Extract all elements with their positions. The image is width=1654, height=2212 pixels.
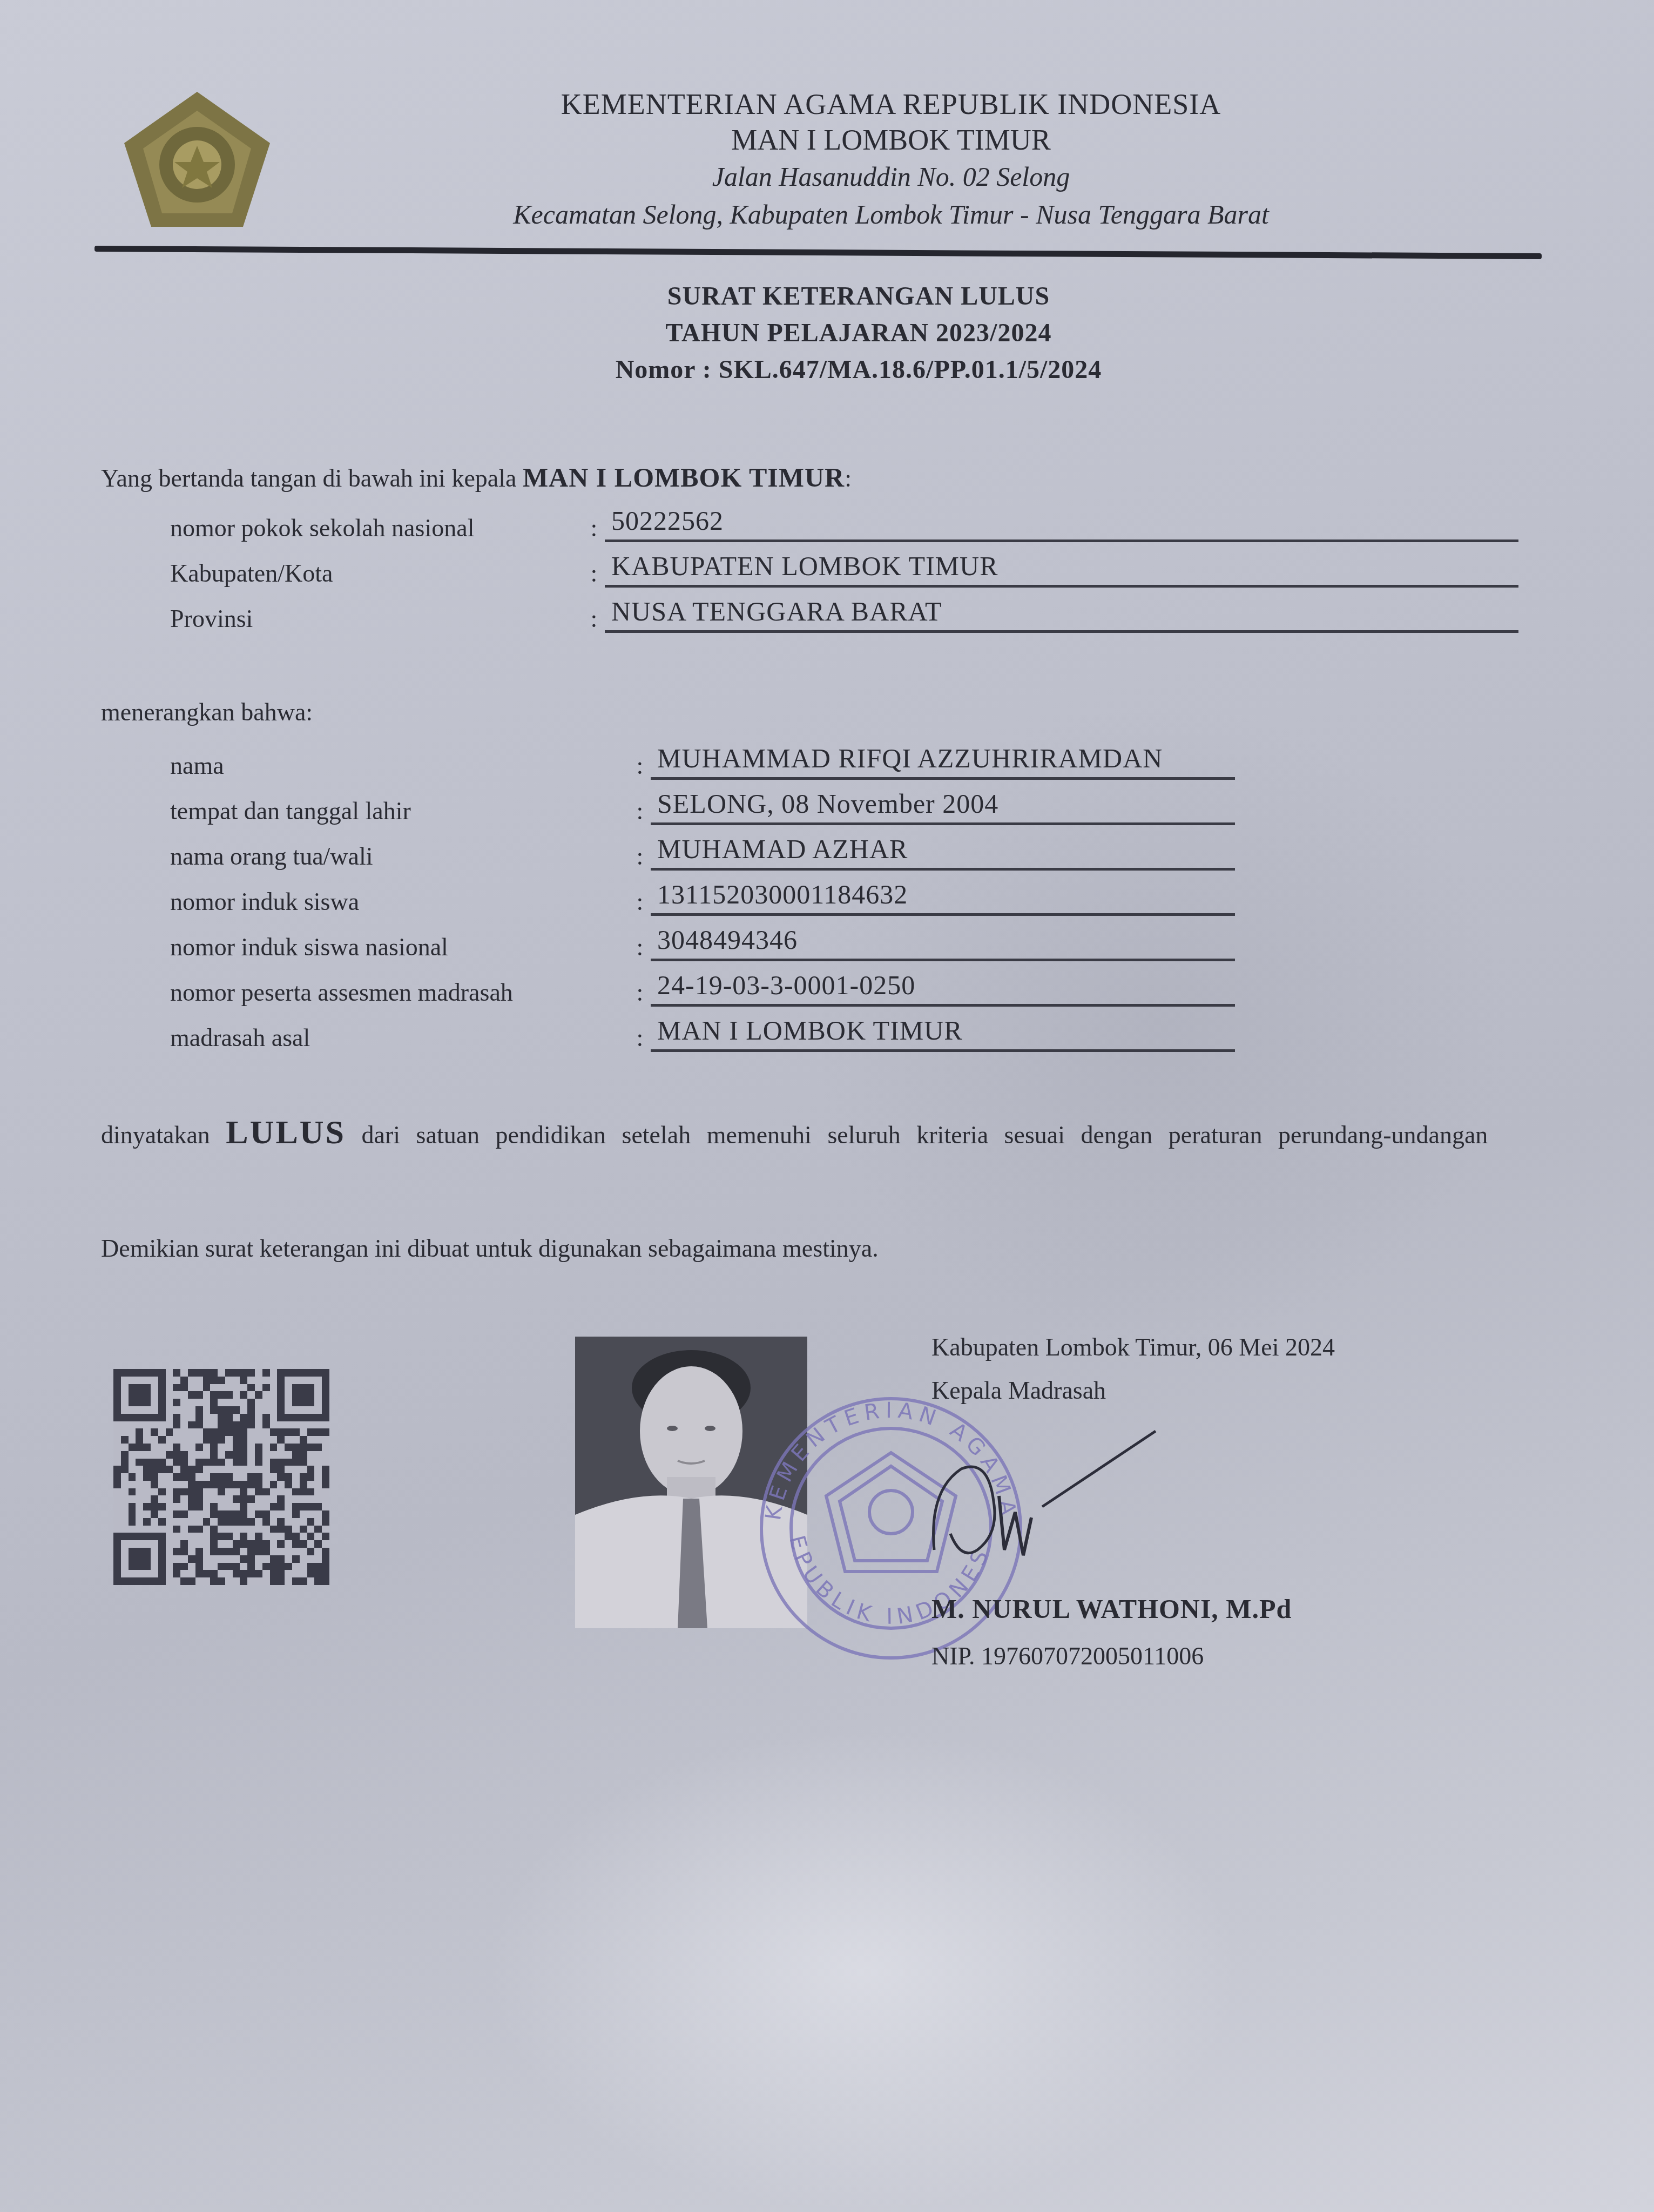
colon: : <box>629 978 651 1007</box>
signature-icon <box>918 1426 1199 1588</box>
student-info-label: nomor induk siswa <box>170 887 629 916</box>
colon: : <box>629 797 651 825</box>
student-info-value: MAN I LOMBOK TIMUR <box>651 1015 1235 1052</box>
school-info-label: Kabupaten/Kota <box>170 559 583 588</box>
statement-prefix: dinyatakan <box>101 1121 210 1149</box>
letterhead-divider <box>94 246 1542 259</box>
student-info-label: madrasah asal <box>170 1023 629 1052</box>
graduation-statement: dinyatakan LULUS dari satuan pendidikan … <box>101 1112 1532 1155</box>
student-info-row: tempat dan tanggal lahir:SELONG, 08 Nove… <box>170 788 1235 825</box>
address-line-2: Kecamatan Selong, Kabupaten Lombok Timur… <box>378 195 1404 233</box>
student-info-row: nama:MUHAMMAD RIFQI AZZUHRIRAMDAN <box>170 743 1235 780</box>
school-info-label: Provinsi <box>170 604 583 633</box>
menerangkan-label: menerangkan bahwa: <box>101 698 313 726</box>
title-line-1: SURAT KETERANGAN LULUS <box>486 278 1231 315</box>
ministry-name: KEMENTERIAN AGAMA REPUBLIK INDONESIA <box>378 86 1404 122</box>
signer-position: Kepala Madrasah <box>931 1369 1335 1412</box>
student-info-label: tempat dan tanggal lahir <box>170 797 629 825</box>
student-info-label: nama orang tua/wali <box>170 842 629 871</box>
colon: : <box>629 751 651 780</box>
intro-text: Yang bertanda tangan di bawah ini kepala <box>101 464 516 492</box>
colon: : <box>583 559 605 588</box>
colon: : <box>629 887 651 916</box>
closing-text: Demikian surat keterangan ini dibuat unt… <box>101 1234 879 1263</box>
colon: : <box>583 604 605 633</box>
intro-colon: : <box>845 464 852 492</box>
lighting-glare <box>486 1728 1242 2212</box>
qr-code-icon[interactable] <box>108 1369 335 1585</box>
student-info-row: nomor induk siswa nasional:3048494346 <box>170 924 1235 961</box>
intro-line: Yang bertanda tangan di bawah ini kepala… <box>101 462 852 493</box>
ministry-emblem-icon <box>116 86 278 232</box>
school-info-row: Kabupaten/Kota:KABUPATEN LOMBOK TIMUR <box>170 550 1518 588</box>
intro-school: MAN I LOMBOK TIMUR <box>523 462 845 493</box>
signer-name: M. NURUL WATHONI, M.Pd <box>931 1593 1292 1624</box>
student-info-value: MUHAMMAD RIFQI AZZUHRIRAMDAN <box>651 743 1235 780</box>
school-info-value: KABUPATEN LOMBOK TIMUR <box>605 550 1518 588</box>
place-date: Kabupaten Lombok Timur, 06 Mei 2024 <box>931 1326 1335 1369</box>
student-info-row: madrasah asal:MAN I LOMBOK TIMUR <box>170 1015 1235 1052</box>
school-info-label: nomor pokok sekolah nasional <box>170 514 583 542</box>
student-info-value: SELONG, 08 November 2004 <box>651 788 1235 825</box>
colon: : <box>629 1023 651 1052</box>
address-line-1: Jalan Hasanuddin No. 02 Selong <box>378 158 1404 195</box>
school-name: MAN I LOMBOK TIMUR <box>378 122 1404 158</box>
student-info-label: nama <box>170 751 629 780</box>
school-info-value: 50222562 <box>605 505 1518 542</box>
colon: : <box>629 933 651 961</box>
colon: : <box>583 514 605 542</box>
title-line-2: TAHUN PELAJARAN 2023/2024 <box>486 315 1231 352</box>
signature-place-date: Kabupaten Lombok Timur, 06 Mei 2024 Kepa… <box>931 1326 1335 1412</box>
graduation-status: LULUS <box>226 1114 346 1151</box>
student-info-value: 24-19-03-3-0001-0250 <box>651 969 1235 1007</box>
student-info-row: nomor induk siswa:131152030001184632 <box>170 879 1235 916</box>
document-title: SURAT KETERANGAN LULUS TAHUN PELAJARAN 2… <box>486 278 1231 388</box>
student-info-value: 3048494346 <box>651 924 1235 961</box>
student-info-label: nomor peserta assesmen madrasah <box>170 978 629 1007</box>
student-info-value: MUHAMAD AZHAR <box>651 833 1235 871</box>
student-info-row: nama orang tua/wali:MUHAMAD AZHAR <box>170 833 1235 871</box>
document-number: Nomor : SKL.647/MA.18.6/PP.01.1/5/2024 <box>486 352 1231 388</box>
statement-text: dari satuan pendidikan setelah memenuhi … <box>362 1121 1488 1149</box>
student-info-label: nomor induk siswa nasional <box>170 933 629 961</box>
school-info-row: nomor pokok sekolah nasional:50222562 <box>170 505 1518 542</box>
school-info-row: Provinsi:NUSA TENGGARA BARAT <box>170 596 1518 633</box>
school-info-value: NUSA TENGGARA BARAT <box>605 596 1518 633</box>
signer-nip: NIP. 197607072005011006 <box>931 1642 1204 1670</box>
colon: : <box>629 842 651 871</box>
student-info-row: nomor peserta assesmen madrasah:24-19-03… <box>170 969 1235 1007</box>
letterhead: KEMENTERIAN AGAMA REPUBLIK INDONESIA MAN… <box>378 86 1404 233</box>
student-info-value: 131152030001184632 <box>651 879 1235 916</box>
